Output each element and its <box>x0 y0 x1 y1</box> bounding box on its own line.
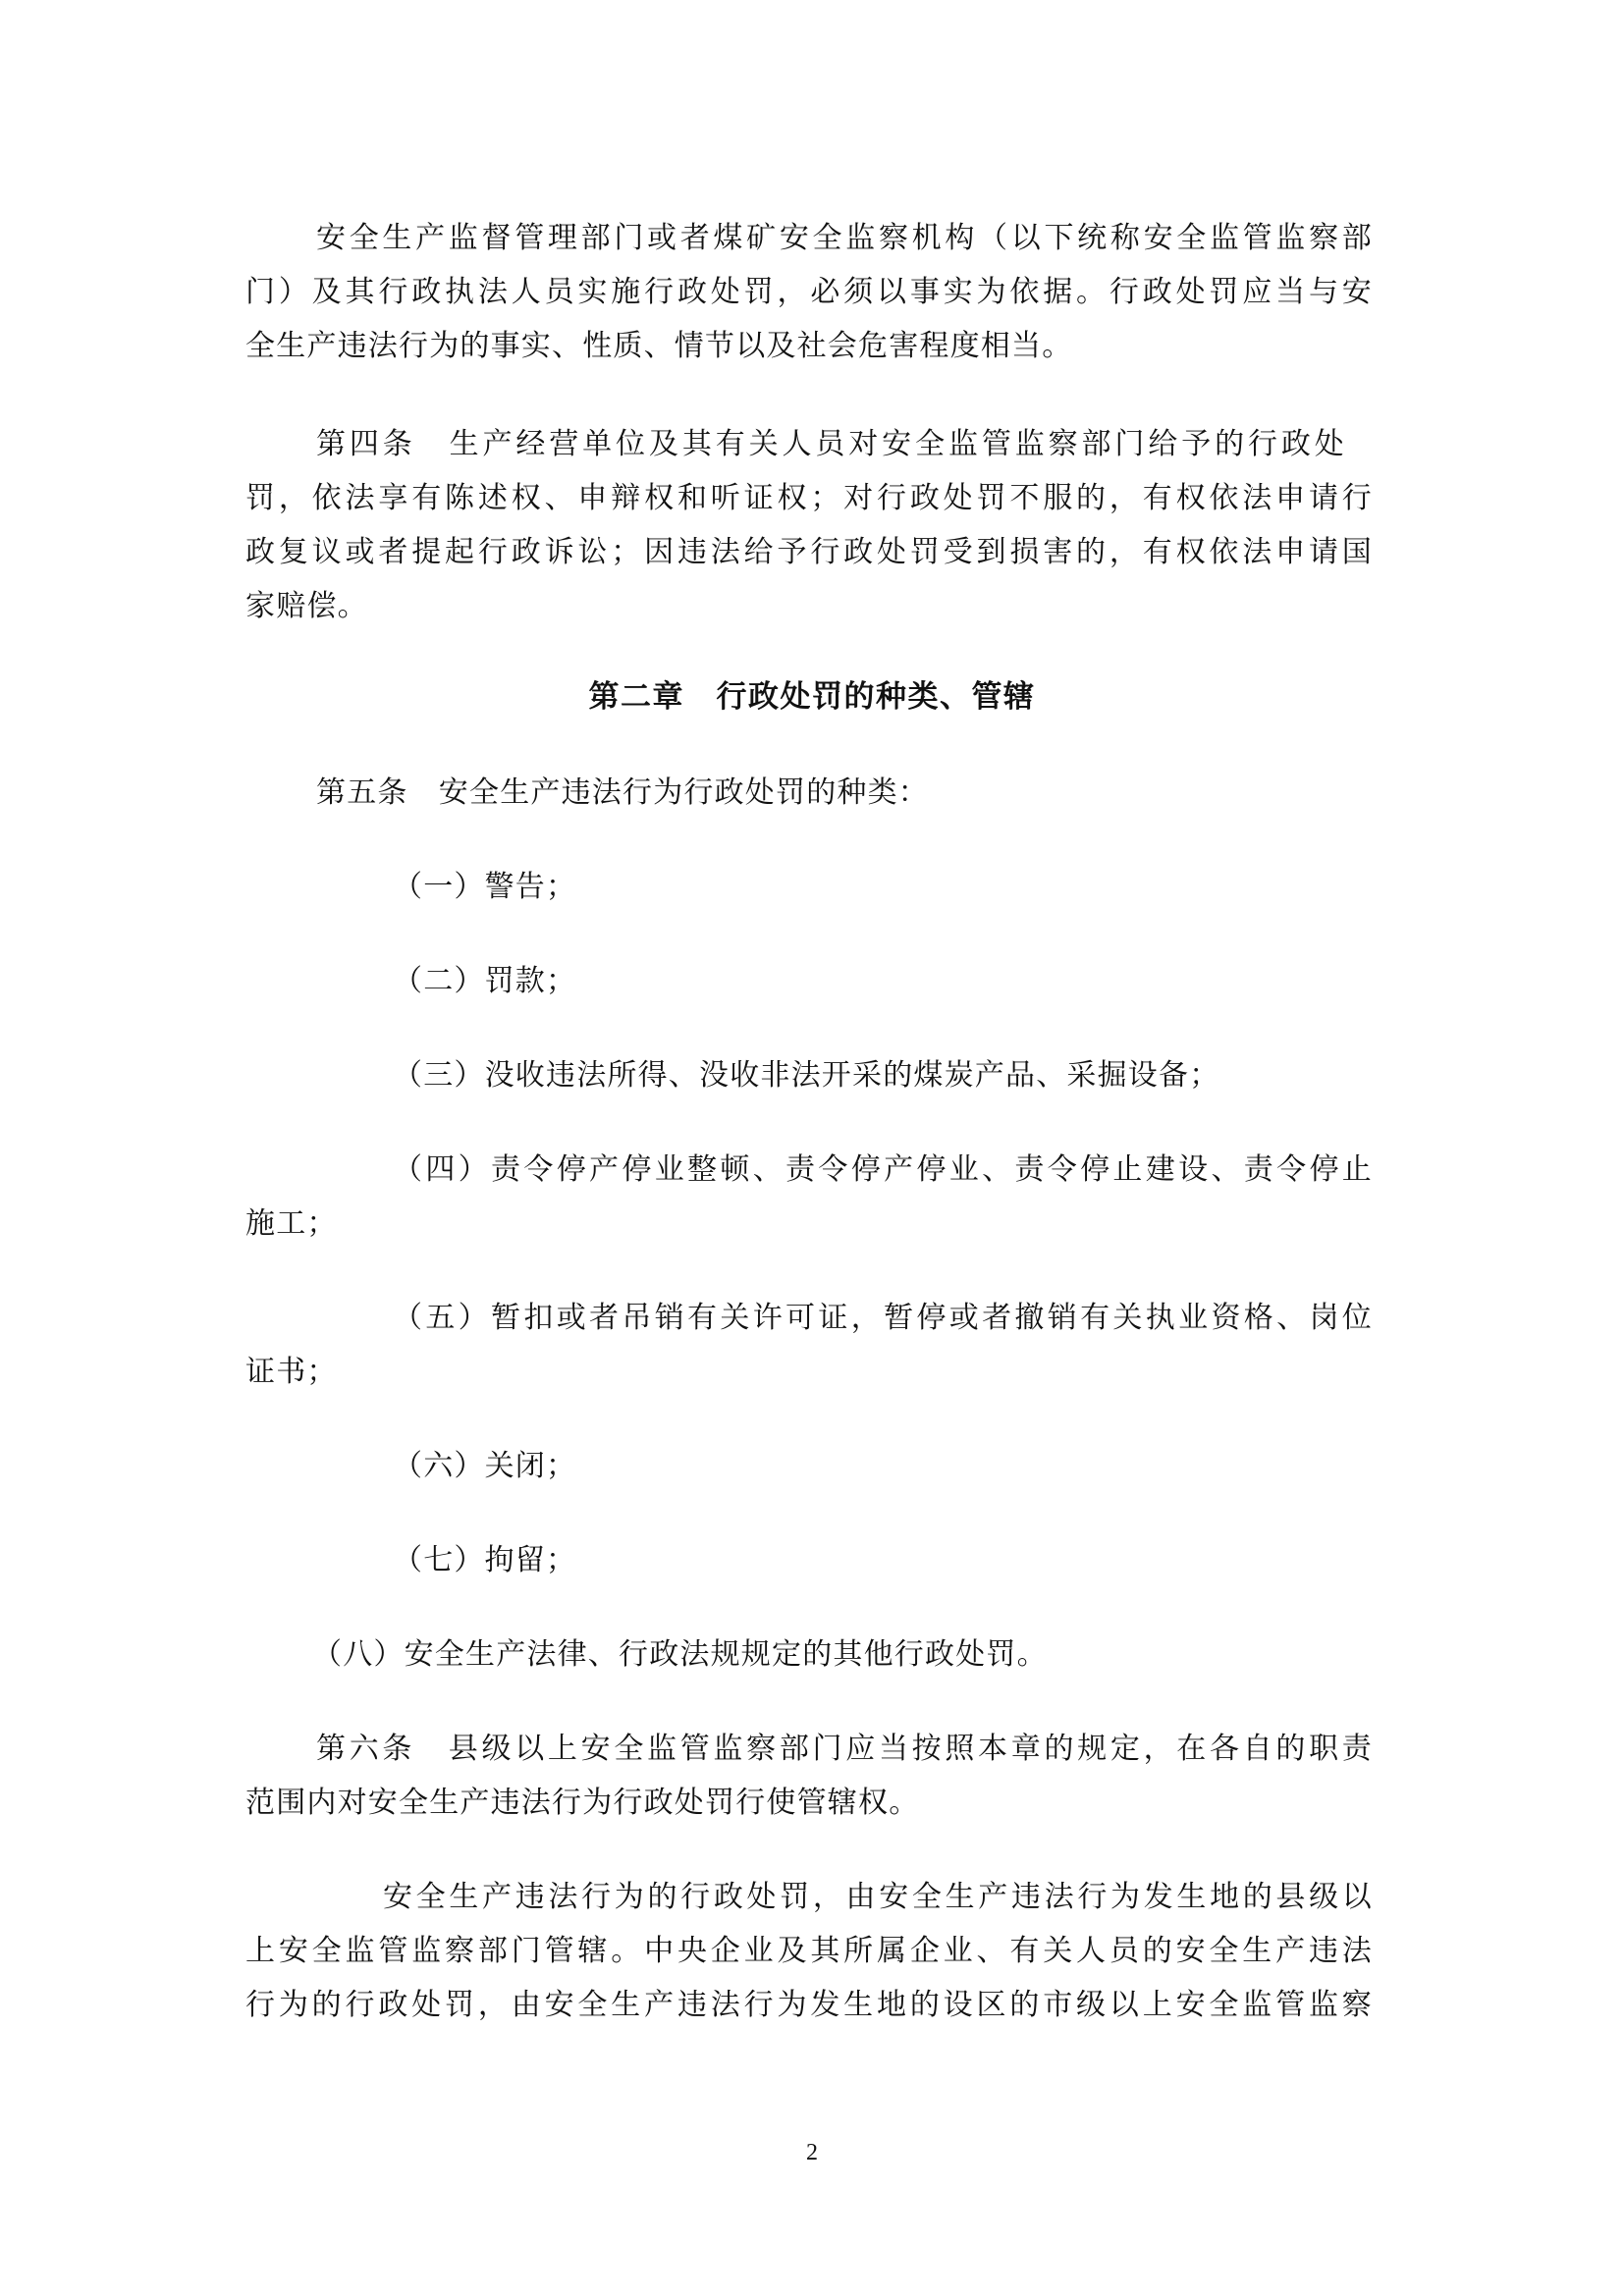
list-item: （一）警告； <box>393 868 576 907</box>
paragraph-line: 门）及其行政执法人员实施行政处罚，必须以事实为依据。行政处罚应当与安 <box>245 273 1373 312</box>
article-5-intro: 第五条 安全生产违法行为行政处罚的种类： <box>316 774 929 813</box>
article-6-cont-line: 安全生产违法行为的行政处罚，由安全生产违法行为发生地的县级以 <box>383 1878 1373 1917</box>
list-item: （二）罚款； <box>393 962 576 1001</box>
list-item-continuation: 施工； <box>245 1204 338 1244</box>
list-item-continuation: 证书； <box>245 1353 338 1392</box>
list-item: （七）拘留； <box>393 1541 576 1580</box>
article-4-line: 家赔偿。 <box>245 587 368 626</box>
paragraph-line: 全生产违法行为的事实、性质、情节以及社会危害程度相当。 <box>245 327 1072 366</box>
list-item: （五）暂扣或者吊销有关许可证，暂停或者撤销有关执业资格、岗位 <box>393 1299 1373 1338</box>
article-4-line: 罚，依法享有陈述权、申辩权和听证权；对行政处罚不服的，有权依法申请行 <box>245 479 1373 518</box>
article-6-line: 第六条 县级以上安全监管监察部门应当按照本章的规定，在各自的职责 <box>316 1730 1373 1769</box>
article-4-line: 第四条 生产经营单位及其有关人员对安全监管监察部门给予的行政处 <box>316 425 1345 464</box>
article-6-cont-line: 上安全监管监察部门管辖。中央企业及其所属企业、有关人员的安全生产违法 <box>245 1932 1373 1971</box>
list-item: （八）安全生产法律、行政法规规定的其他行政处罚。 <box>312 1635 1048 1675</box>
page-number: 2 <box>0 2138 1624 2167</box>
document-page: 安全生产监督管理部门或者煤矿安全监察机构（以下统称安全监管监察部 门）及其行政执… <box>0 0 1624 2296</box>
list-item: （四）责令停产停业整顿、责令停产停业、责令停止建设、责令停止 <box>393 1150 1373 1190</box>
list-item: （六）关闭； <box>393 1447 576 1486</box>
paragraph-line: 安全生产监督管理部门或者煤矿安全监察机构（以下统称安全监管监察部 <box>316 219 1373 258</box>
article-6-line: 范围内对安全生产违法行为行政处罚行使管辖权。 <box>245 1784 919 1823</box>
article-4-line: 政复议或者提起行政诉讼；因违法给予行政处罚受到损害的，有权依法申请国 <box>245 533 1373 572</box>
chapter-heading: 第二章 行政处罚的种类、管辖 <box>0 677 1624 717</box>
article-6-cont-line: 行为的行政处罚，由安全生产违法行为发生地的设区的市级以上安全监管监察 <box>245 1986 1373 2025</box>
list-item: （三）没收违法所得、没收非法开采的煤炭产品、采掘设备； <box>393 1056 1219 1095</box>
